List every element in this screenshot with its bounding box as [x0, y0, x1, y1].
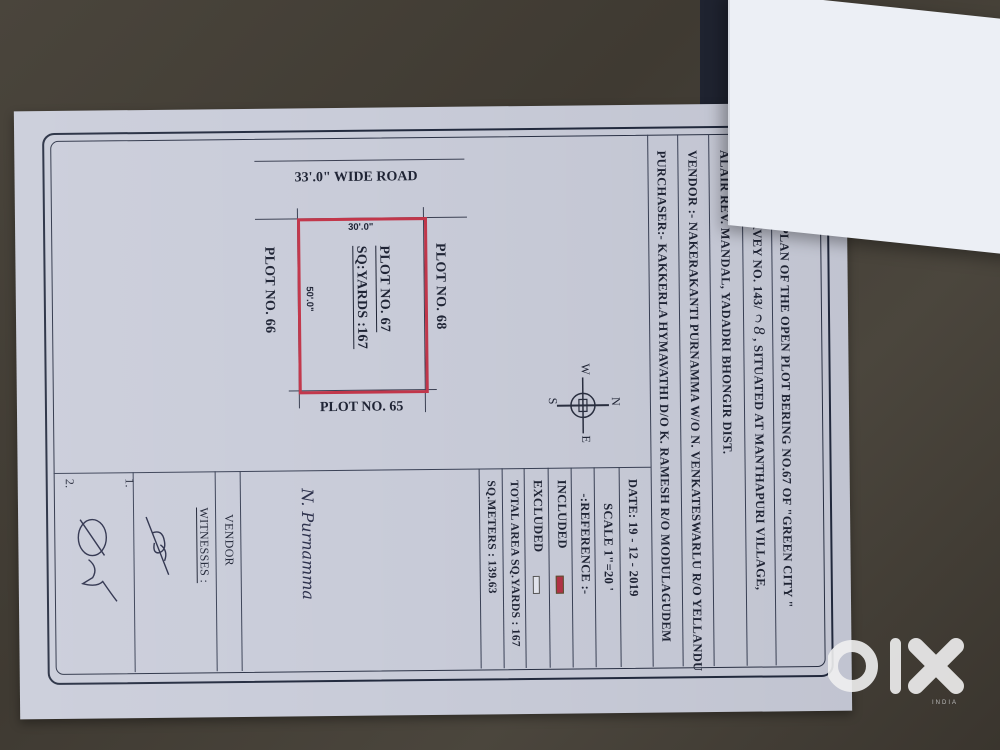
- purchaser-line: PURCHASER:- KAKKERLA HYMAVATHI D/O K. RA…: [653, 151, 673, 643]
- plot-area-label: SQ:YARDS :167: [352, 246, 369, 350]
- signature-divider: [133, 472, 136, 672]
- table-divider: [571, 468, 574, 668]
- document-border-inner: [50, 133, 826, 675]
- vendor-label: VENDOR: [221, 514, 237, 566]
- road-edge-line: [254, 159, 464, 162]
- compass-north: N: [608, 397, 623, 406]
- sale-deed-plan-document: SALE DEED PLAN OF THE OPEN PLOT BERING N…: [14, 103, 852, 720]
- scale-field: SCALE 1"=20 ': [600, 503, 616, 591]
- plot-length-dimension: 50'.0": [304, 286, 315, 311]
- witness-2-number: 2.: [62, 479, 77, 489]
- neighbor-plot-68: PLOT NO. 68: [431, 243, 448, 330]
- total-area-field: TOTAL AREA SQ.YARDS : 167: [508, 480, 522, 647]
- excluded-swatch: [533, 576, 540, 594]
- compass-south: S: [545, 398, 560, 405]
- road-edge-line: [255, 217, 467, 220]
- neighbor-plot-66: PLOT NO. 66: [260, 247, 277, 334]
- survey-suffix: , SITUATED AT MANTHAPURI VILLAGE,: [751, 335, 768, 591]
- plot-67-boundary: [297, 217, 429, 394]
- compass-icon: N S E W: [543, 375, 624, 456]
- included-swatch: [556, 576, 564, 594]
- witness-1-signature: [138, 515, 179, 585]
- survey-handwritten: ↄ8: [750, 309, 767, 335]
- witness-2-signature: [70, 515, 121, 606]
- header-divider: [647, 135, 654, 667]
- table-divider: [479, 469, 482, 669]
- table-divider: [548, 468, 551, 668]
- vendor-signature: N. Purnamma: [298, 488, 318, 600]
- reference-heading: -:REFERENCE :-: [577, 493, 593, 594]
- sq-meters-field: SQ.METERS : 139.63: [485, 480, 498, 594]
- included-label: INCLUDED: [554, 480, 570, 549]
- witnesses-label: WITNESSES :: [196, 507, 212, 583]
- signature-divider: [215, 471, 218, 671]
- olx-region: INDIA: [932, 700, 958, 706]
- olx-watermark: INDIA: [828, 632, 968, 707]
- compass-east: E: [578, 435, 593, 443]
- document-border-outer: [42, 125, 834, 685]
- boundary-line: [297, 208, 300, 408]
- back-paper-sheet: [728, 0, 1000, 256]
- road-label: 33'.0" WIDE ROAD: [294, 169, 417, 186]
- date-field: DATE: 19 - 12 - 2019: [625, 479, 641, 597]
- table-divider: [54, 467, 651, 474]
- neighbor-plot-65: PLOT NO. 65: [320, 399, 404, 416]
- vendor-line: VENDOR :- NAKERAKANTI PURNAMMA W/O N. VE…: [684, 150, 704, 671]
- boundary-line: [289, 389, 437, 392]
- table-divider: [524, 468, 527, 668]
- compass-west: W: [578, 363, 593, 374]
- plot-width-dimension: 30'.0": [348, 222, 373, 233]
- header-divider: [677, 134, 684, 666]
- witness-1-number: 1.: [122, 478, 137, 488]
- signature-divider: [240, 471, 243, 671]
- table-divider: [594, 467, 597, 667]
- header-divider: [708, 134, 715, 666]
- excluded-label: EXCLUDED: [530, 480, 546, 553]
- boundary-line: [423, 207, 426, 412]
- plot-number-label: PLOT NO. 67: [375, 245, 392, 332]
- table-divider: [619, 467, 622, 667]
- table-divider: [502, 468, 505, 668]
